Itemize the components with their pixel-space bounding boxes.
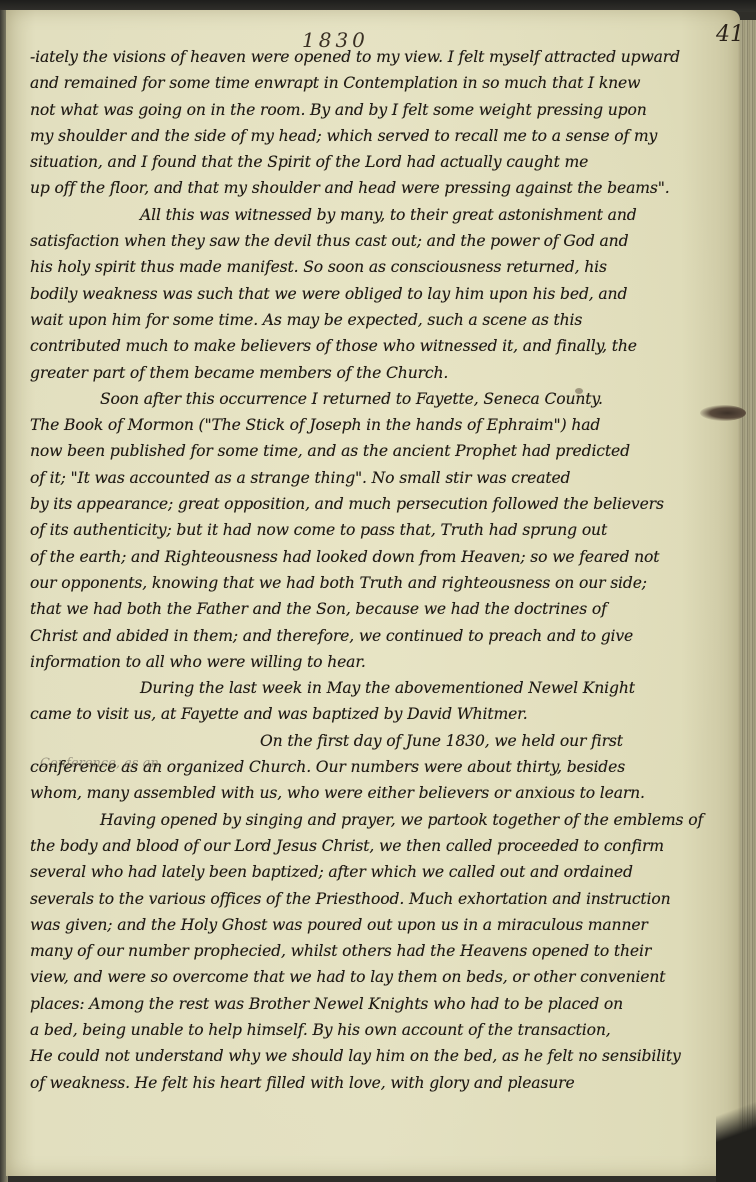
text-line: of its authenticity; but it had now come… [30,517,730,543]
text-line: that we had both the Father and the Son,… [30,596,730,622]
text-line: During the last week in May the abovemen… [30,675,730,701]
text-line: was given; and the Holy Ghost was poured… [30,912,730,938]
manuscript-text: -iately the visions of heaven were opene… [30,44,730,1096]
text-line: many of our number prophecied, whilst ot… [30,938,730,964]
text-line: On the first day of June 1830, we held o… [30,728,730,754]
text-line: contributed much to make believers of th… [30,333,730,359]
text-line: of weakness. He felt his heart filled wi… [30,1070,730,1096]
text-line: now been published for some time, and as… [30,438,730,464]
text-line: The Book of Mormon ("The Stick of Joseph… [30,412,730,438]
text-line: Soon after this occurrence I returned to… [30,386,730,412]
text-line: satisfaction when they saw the devil thu… [30,228,730,254]
text-line: conference as an organized Church. Our n… [30,754,730,780]
text-line: of the earth; and Righteousness had look… [30,544,730,570]
text-line: whom, many assembled with us, who were e… [30,780,730,806]
text-line: several who had lately been baptized; af… [30,859,730,885]
text-line: He could not understand why we should la… [30,1043,730,1069]
text-line: up off the floor, and that my shoulder a… [30,175,730,201]
text-line: by its appearance; great opposition, and… [30,491,730,517]
page-edges [738,20,756,1182]
text-line: Having opened by singing and prayer, we … [30,807,730,833]
text-line: not what was going on in the room. By an… [30,97,730,123]
text-line: severals to the various offices of the P… [30,886,730,912]
text-line: of it; "It was accounted as a strange th… [30,465,730,491]
text-line: wait upon him for some time. As may be e… [30,307,730,333]
text-line: All this was witnessed by many, to their… [30,202,730,228]
text-line: came to visit us, at Fayette and was bap… [30,701,730,727]
text-line: places: Among the rest was Brother Newel… [30,991,730,1017]
text-line: his holy spirit thus made manifest. So s… [30,254,730,280]
text-line: view, and were so overcome that we had t… [30,964,730,990]
text-line: bodily weakness was such that we were ob… [30,281,730,307]
text-line: situation, and I found that the Spirit o… [30,149,730,175]
text-line: -iately the visions of heaven were opene… [30,44,730,70]
text-line: my shoulder and the side of my head; whi… [30,123,730,149]
text-line: a bed, being unable to help himself. By … [30,1017,730,1043]
manuscript-scan: 1830 41 Conference, as an -iately the vi… [0,0,756,1182]
text-line: and remained for some time enwrapt in Co… [30,70,730,96]
text-line: the body and blood of our Lord Jesus Chr… [30,833,730,859]
text-line: Christ and abided in them; and therefore… [30,623,730,649]
text-line: information to all who were willing to h… [30,649,730,675]
text-line: greater part of them became members of t… [30,360,730,386]
text-line: our opponents, knowing that we had both … [30,570,730,596]
